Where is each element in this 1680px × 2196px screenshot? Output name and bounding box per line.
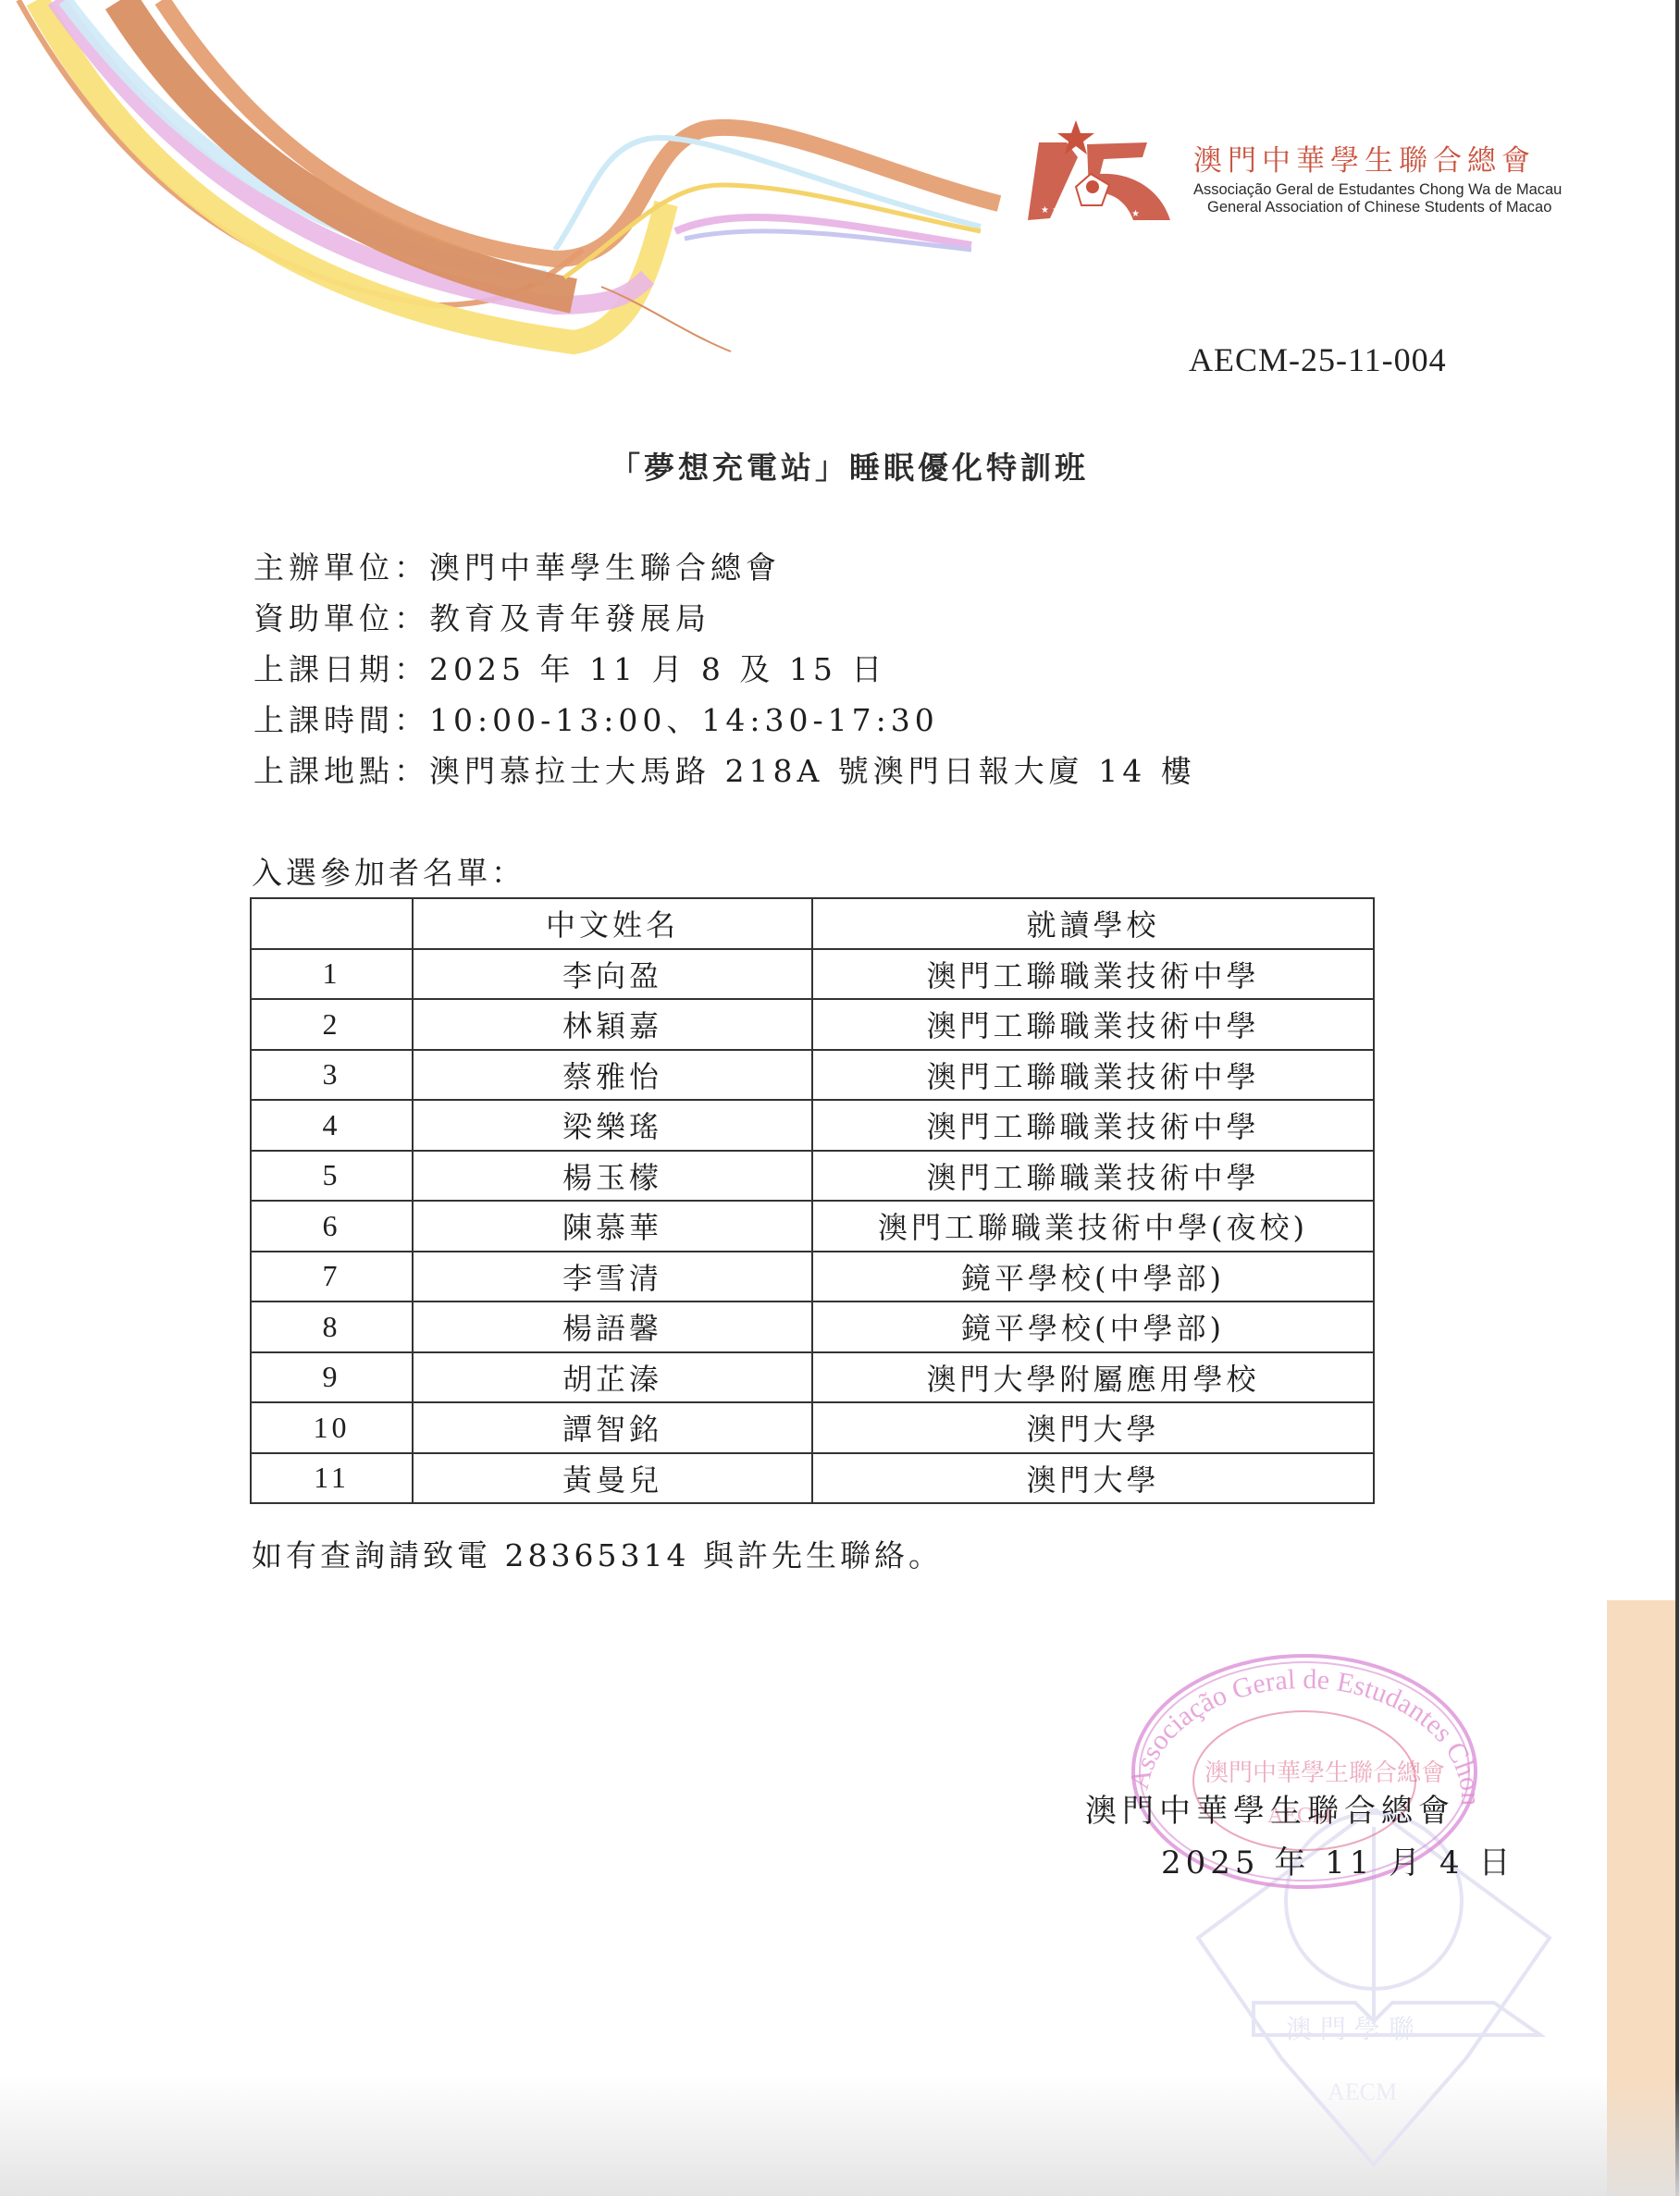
row-name: 胡芷溱 xyxy=(413,1352,812,1403)
header-number xyxy=(251,898,413,949)
org-name-en: General Association of Chinese Students … xyxy=(1207,199,1551,216)
course-info: 主辦單位： 澳門中華學生聯合總會 資助單位： 教育及青年發展局 上課日期： 20… xyxy=(253,544,1196,798)
table-row: 3蔡雅怡澳門工聯職業技術中學 xyxy=(251,1050,1374,1101)
info-sponsor: 資助單位： 教育及青年發展局 xyxy=(253,595,1196,646)
row-name: 林穎嘉 xyxy=(413,999,812,1050)
header-name: 中文姓名 xyxy=(413,898,812,949)
watermark-text-zh: 澳 門 學 聯 xyxy=(1286,2014,1415,2044)
row-number: 1 xyxy=(251,949,413,1000)
row-name: 楊玉檬 xyxy=(413,1151,812,1202)
signature-date: 2025 年 11 月 4 日 xyxy=(1161,1837,1514,1882)
row-number: 3 xyxy=(251,1050,413,1101)
row-name: 李向盈 xyxy=(413,949,812,1000)
table-row: 6陳慕華澳門工聯職業技術中學(夜校) xyxy=(251,1201,1374,1252)
info-value: 教育及青年發展局 xyxy=(429,595,710,646)
row-school: 澳門工聯職業技術中學 xyxy=(812,1100,1374,1151)
row-name: 譚智銘 xyxy=(413,1402,812,1453)
svg-text:★ ★: ★ ★ xyxy=(1041,205,1060,216)
info-location: 上課地點： 澳門慕拉士大馬路 218A 號澳門日報大廈 14 樓 xyxy=(253,747,1196,798)
info-time: 上課時間： 10:00-13:00、14:30-17:30 xyxy=(253,697,1196,747)
table-row: 11黃曼兒澳門大學 xyxy=(251,1453,1374,1504)
info-label: 資助單位： xyxy=(253,595,429,646)
table-row: 8楊語馨鏡平學校(中學部) xyxy=(251,1302,1374,1352)
row-number: 8 xyxy=(251,1302,413,1352)
row-name: 陳慕華 xyxy=(413,1201,812,1252)
ribbon-decoration xyxy=(0,0,1018,370)
row-school: 澳門工聯職業技術中學 xyxy=(812,1151,1374,1202)
table-row: 1李向盈澳門工聯職業技術中學 xyxy=(251,949,1374,1000)
info-value: 10:00-13:00、14:30-17:30 xyxy=(429,697,939,747)
row-number: 9 xyxy=(251,1352,413,1403)
row-school: 鏡平學校(中學部) xyxy=(812,1302,1374,1352)
row-school: 澳門工聯職業技術中學(夜校) xyxy=(812,1201,1374,1252)
svg-text:★: ★ xyxy=(1131,209,1140,219)
contact-note: 如有查詢請致電 28365314 與許先生聯絡。 xyxy=(252,1532,943,1575)
participant-list-heading: 入選參加者名單： xyxy=(252,849,525,893)
info-date: 上課日期： 2025 年 11 月 8 及 15 日 xyxy=(253,646,1196,697)
row-number: 6 xyxy=(251,1201,413,1252)
info-value: 2025 年 11 月 8 及 15 日 xyxy=(429,646,886,697)
row-number: 4 xyxy=(251,1100,413,1151)
info-label: 主辦單位： xyxy=(253,544,429,595)
reference-number: AECM-25-11-004 xyxy=(1189,340,1447,379)
signature-organization: 澳門中華學生聯合總會 xyxy=(1085,1785,1455,1831)
row-school: 澳門大學 xyxy=(812,1453,1374,1504)
row-school: 澳門工聯職業技術中學 xyxy=(812,999,1374,1050)
row-number: 2 xyxy=(251,999,413,1050)
info-organizer: 主辦單位： 澳門中華學生聯合總會 xyxy=(253,544,1196,595)
org-name-pt: Associação Geral de Estudantes Chong Wa … xyxy=(1193,181,1562,199)
table-row: 5楊玉檬澳門工聯職業技術中學 xyxy=(251,1151,1374,1202)
seal-inner-text: 澳門中華學生聯合總會 xyxy=(1204,1759,1445,1787)
row-name: 黃曼兒 xyxy=(413,1453,812,1504)
org-name-zh: 澳門中華學生聯合總會 xyxy=(1193,137,1536,179)
info-label: 上課日期： xyxy=(253,646,429,697)
row-name: 蔡雅怡 xyxy=(413,1050,812,1101)
row-number: 10 xyxy=(251,1402,413,1453)
row-name: 楊語馨 xyxy=(413,1302,812,1352)
row-school: 澳門大學 xyxy=(812,1402,1374,1453)
watermark-text-en: AECM xyxy=(1328,2079,1397,2105)
header-school: 就讀學校 xyxy=(812,898,1374,949)
table-row: 4梁樂瑤澳門工聯職業技術中學 xyxy=(251,1100,1374,1151)
table-header-row: 中文姓名 就讀學校 xyxy=(251,898,1374,949)
document-title: 「夢想充電站」睡眠優化特訓班 xyxy=(0,444,1680,487)
info-value: 澳門慕拉士大馬路 218A 號澳門日報大廈 14 樓 xyxy=(429,747,1196,798)
row-school: 澳門工聯職業技術中學 xyxy=(812,1050,1374,1101)
info-value: 澳門中華學生聯合總會 xyxy=(429,544,781,595)
table-row: 9胡芷溱澳門大學附屬應用學校 xyxy=(251,1352,1374,1403)
row-name: 李雪清 xyxy=(413,1252,812,1302)
row-school: 澳門大學附屬應用學校 xyxy=(812,1352,1374,1403)
table-row: 10譚智銘澳門大學 xyxy=(251,1402,1374,1453)
info-label: 上課地點： xyxy=(253,747,429,798)
row-number: 5 xyxy=(251,1151,413,1202)
info-label: 上課時間： xyxy=(253,697,429,747)
row-name: 梁樂瑤 xyxy=(413,1100,812,1151)
table-row: 2林穎嘉澳門工聯職業技術中學 xyxy=(251,999,1374,1050)
participant-table: 中文姓名 就讀學校 1李向盈澳門工聯職業技術中學 2林穎嘉澳門工聯職業技術中學 … xyxy=(250,897,1375,1504)
row-school: 鏡平學校(中學部) xyxy=(812,1252,1374,1302)
scan-edge-line xyxy=(1675,0,1679,2196)
row-number: 11 xyxy=(251,1453,413,1504)
anniversary-logo-icon: ★ ★ ★ xyxy=(1022,117,1180,226)
row-number: 7 xyxy=(251,1252,413,1302)
table-row: 7李雪清鏡平學校(中學部) xyxy=(251,1252,1374,1302)
row-school: 澳門工聯職業技術中學 xyxy=(812,949,1374,1000)
